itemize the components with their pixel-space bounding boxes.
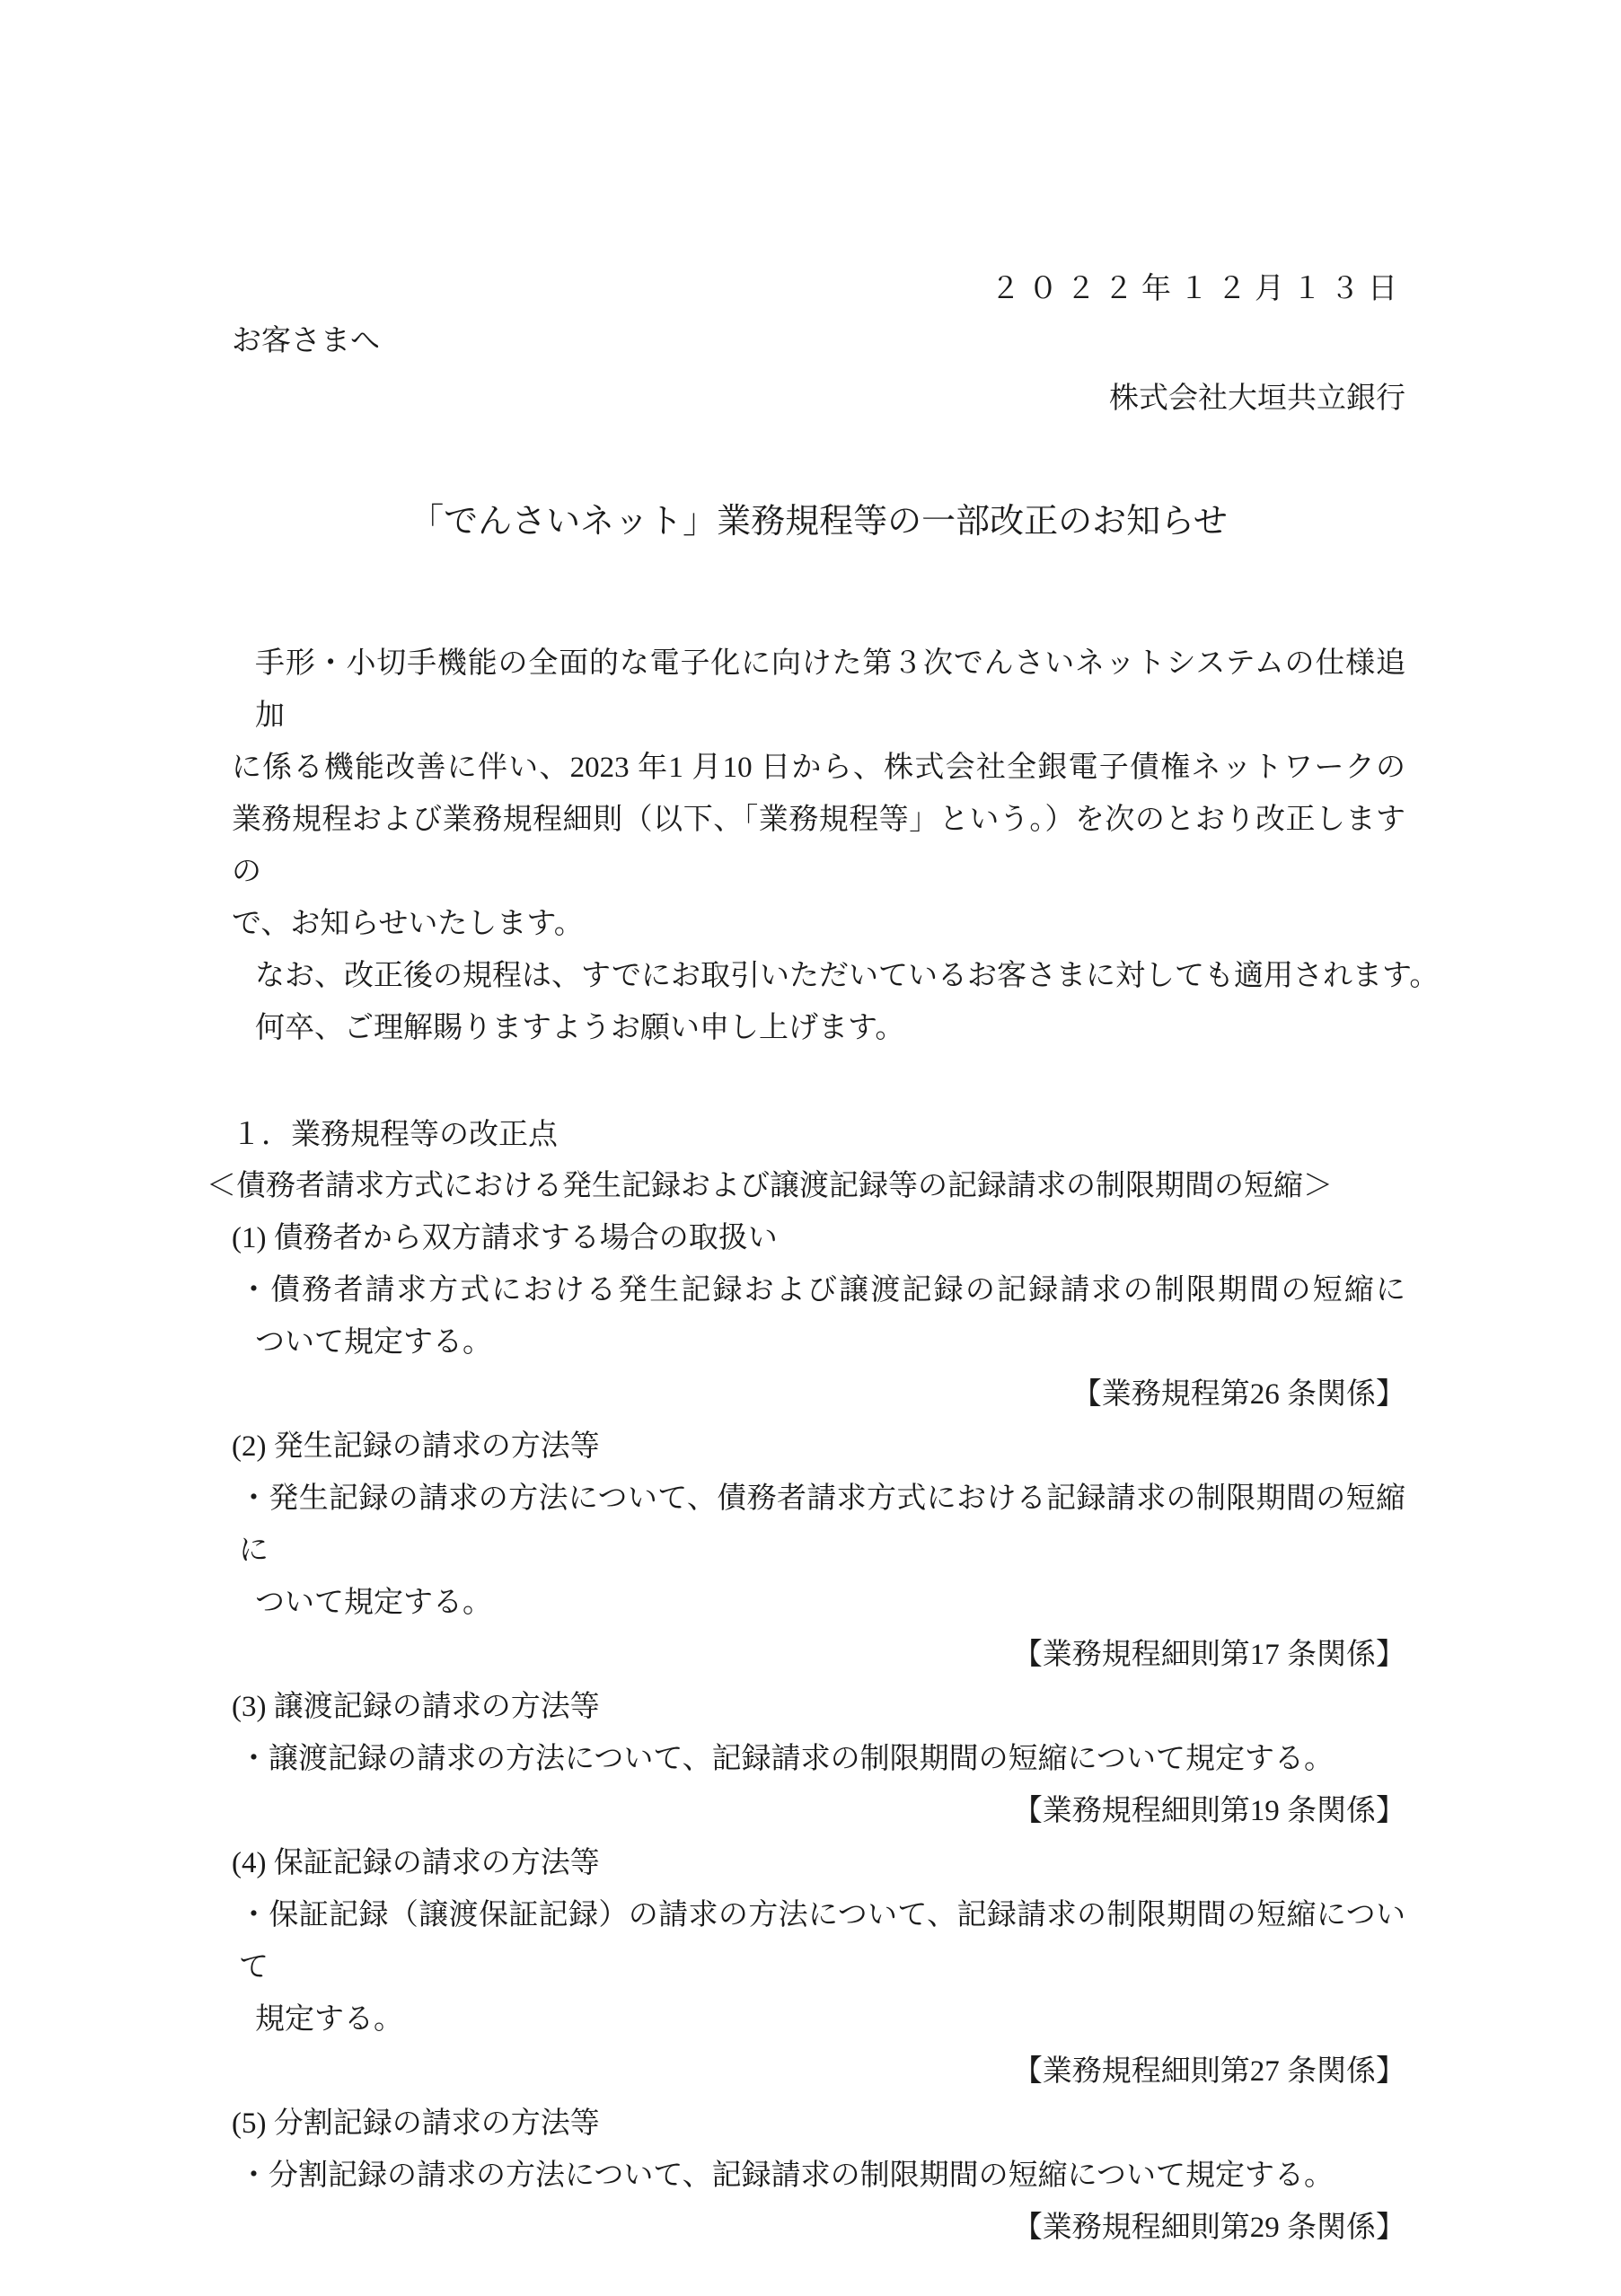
section-heading: １．業務規程等の改正点 (232, 1108, 1405, 1160)
intro-line: 手形・小切手機能の全面的な電子化に向けた第３次でんさいネットシステムの仕様追加 (232, 638, 1405, 742)
intro-line: で、お知らせいたします。 (232, 898, 1405, 950)
salutation: お客さまへ (232, 320, 1405, 363)
intro-line: 何卒、ご理解賜りますようお願い申し上げます。 (232, 1002, 1405, 1054)
section-revision-points: １．業務規程等の改正点 ＜債務者請求方式における発生記録および譲渡記録等の記録請… (232, 1108, 1405, 2254)
notice-document-page: ２０２２年１２月１３日 お客さまへ 株式会社大垣共立銀行 「でんさいネット」業務… (0, 0, 1621, 2296)
document-title: 「でんさいネット」業務規程等の一部改正のお知らせ (232, 498, 1405, 545)
revision-item: (4) 保証記録の請求の方法等 ・保証記録（譲渡保証記録）の請求の方法について、… (232, 1837, 1405, 2098)
revision-item: (5) 分割記録の請求の方法等 ・分割記録の請求の方法について、記録請求の制限期… (232, 2098, 1405, 2254)
item-reference: 【業務規程細則第29 条関係】 (232, 2202, 1405, 2254)
item-reference: 【業務規程細則第27 条関係】 (232, 2045, 1405, 2098)
item-bullet-line: ・債務者請求方式における発生記録および譲渡記録の記録請求の制限期間の短縮に (232, 1264, 1405, 1316)
intro-paragraph: 手形・小切手機能の全面的な電子化に向けた第３次でんさいネットシステムの仕様追加 … (232, 638, 1405, 1054)
item-label: (3) 譲渡記録の請求の方法等 (232, 1681, 1405, 1733)
intro-line: なお、改正後の規程は、すでにお取引いただいているお客さまに対しても適用されます。 (232, 950, 1405, 1002)
item-reference: 【業務規程細則第19 条関係】 (232, 1785, 1405, 1837)
intro-line: 業務規程および業務規程細則（以下、「業務規程等」という。）を次のとおり改正します… (232, 794, 1405, 898)
item-bullet-line: ・発生記録の請求の方法について、債務者請求方式における記録請求の制限期間の短縮に (232, 1473, 1405, 1577)
item-bullet-line: ・譲渡記録の請求の方法について、記録請求の制限期間の短縮について規定する。 (232, 1733, 1405, 1785)
item-bullet-line: ・分割記録の請求の方法について、記録請求の制限期間の短縮について規定する。 (232, 2150, 1405, 2202)
item-continuation-line: ついて規定する。 (232, 1316, 1405, 1368)
item-reference: 【業務規程細則第17 条関係】 (232, 1629, 1405, 1681)
item-label: (2) 発生記録の請求の方法等 (232, 1421, 1405, 1473)
item-continuation-line: 規定する。 (232, 1993, 1405, 2045)
intro-line: に係る機能改善に伴い、2023 年1 月10 日から、株式会社全銀電子債権ネット… (232, 742, 1405, 794)
revision-item: (1) 債務者から双方請求する場合の取扱い ・債務者請求方式における発生記録およ… (232, 1212, 1405, 1421)
item-reference: 【業務規程第26 条関係】 (232, 1368, 1405, 1421)
item-label: (4) 保証記録の請求の方法等 (232, 1837, 1405, 1889)
document-date: ２０２２年１２月１３日 (232, 268, 1405, 311)
item-continuation-line: ついて規定する。 (232, 1577, 1405, 1629)
item-label: (1) 債務者から双方請求する場合の取扱い (232, 1212, 1405, 1264)
section-subheading: ＜債務者請求方式における発生記録および譲渡記録等の記録請求の制限期間の短縮＞ (207, 1160, 1405, 1212)
item-bullet-line: ・保証記録（譲渡保証記録）の請求の方法について、記録請求の制限期間の短縮について (232, 1889, 1405, 1993)
item-label: (5) 分割記録の請求の方法等 (232, 2098, 1405, 2150)
revision-item: (3) 譲渡記録の請求の方法等 ・譲渡記録の請求の方法について、記録請求の制限期… (232, 1681, 1405, 1837)
company-name: 株式会社大垣共立銀行 (232, 377, 1405, 420)
revision-item: (2) 発生記録の請求の方法等 ・発生記録の請求の方法について、債務者請求方式に… (232, 1421, 1405, 1681)
